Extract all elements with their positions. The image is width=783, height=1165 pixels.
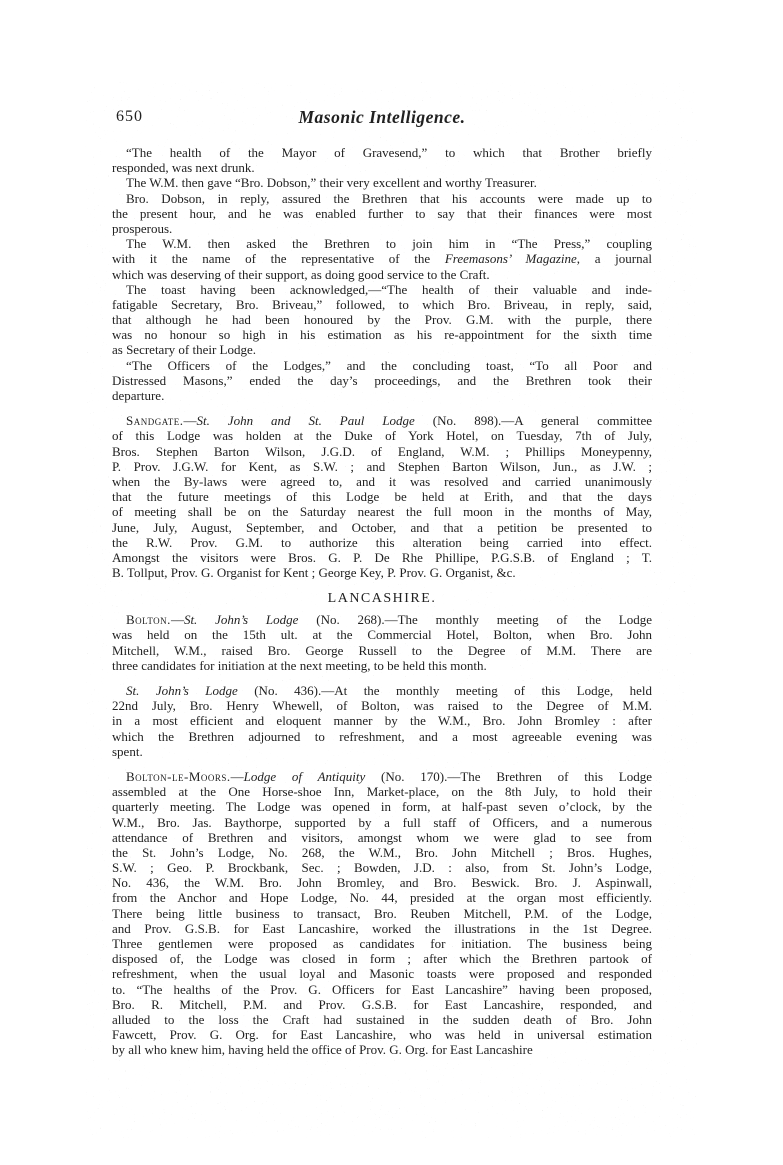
text-run: The W.M. then asked the Brethren to join…: [126, 236, 652, 251]
smallcaps-text: Sandgate.: [126, 413, 183, 428]
text-run: when the By-laws were agreed to, and it …: [112, 474, 652, 489]
text-run: (No. 268).—The monthly meeting of the Lo…: [298, 612, 652, 627]
text-run: responded, was next drunk.: [112, 160, 255, 175]
paragraph: Bro. Dobson, in reply, assured the Breth…: [112, 191, 652, 237]
page-body: “The health of the Mayor of Gravesend,” …: [112, 145, 652, 1058]
text-line: P. Prov. J.G.W. for Kent, as S.W. ; and …: [112, 459, 652, 474]
text-line: by all who knew him, having held the off…: [112, 1042, 652, 1057]
text-run: quarterly meeting. The Lodge was opened …: [112, 799, 652, 814]
text-run: “The health of the Mayor of Gravesend,” …: [126, 145, 652, 160]
text-run: departure.: [112, 388, 164, 403]
text-run: —: [183, 413, 196, 428]
text-run: attendance of Brethren and visitors, amo…: [112, 830, 652, 845]
text-line: B. Tollput, Prov. G. Organist for Kent ;…: [112, 565, 652, 580]
text-run: —: [231, 769, 244, 784]
paragraph: “The health of the Mayor of Gravesend,” …: [112, 145, 652, 175]
smallcaps-text: Bolton.: [126, 612, 171, 627]
text-run: was held on the 15th ult. at the Commerc…: [112, 627, 652, 642]
text-line: assembled at the One Horse-shoe Inn, Mar…: [112, 784, 652, 799]
text-run: in a most efficient and eloquent manner …: [112, 713, 652, 728]
text-run: from the Anchor and Hope Lodge, No. 44, …: [112, 890, 652, 905]
text-run: which was deserving of their support, as…: [112, 267, 490, 282]
text-run: of this Lodge was holden at the Duke of …: [112, 428, 652, 443]
text-line: There being little business to transact,…: [112, 906, 652, 921]
text-line: which was deserving of their support, as…: [112, 267, 652, 282]
text-run: three candidates for initiation at the n…: [112, 658, 487, 673]
paragraph: Sandgate.—St. John and St. Paul Lodge (N…: [112, 413, 652, 580]
text-run: There being little business to transact,…: [112, 906, 652, 921]
text-line: the R.W. Prov. G.M. to authorize this al…: [112, 535, 652, 550]
text-line: responded, was next drunk.: [112, 160, 652, 175]
text-line: prosperous.: [112, 221, 652, 236]
text-run: alluded to the loss the Craft had sustai…: [112, 1012, 652, 1027]
text-line: when the By-laws were agreed to, and it …: [112, 474, 652, 489]
text-line: The W.M. then gave “Bro. Dobson,” their …: [112, 175, 652, 190]
text-line: Bolton-le-Moors.—Lodge of Antiquity (No.…: [112, 769, 652, 784]
text-run: Bro. Dobson, in reply, assured the Breth…: [126, 191, 652, 206]
text-run: 22nd July, Bro. Henry Whewell, of Bolton…: [112, 698, 652, 713]
text-run: No. 436, the W.M. Bro. John Bromley, and…: [112, 875, 652, 890]
text-line: No. 436, the W.M. Bro. John Bromley, and…: [112, 875, 652, 890]
text-run: B. Tollput, Prov. G. Organist for Kent ;…: [112, 565, 516, 580]
smallcaps-text: Bolton-le-Moors.: [126, 769, 231, 784]
paragraph: The W.M. then gave “Bro. Dobson,” their …: [112, 175, 652, 190]
page-header: 650 Masonic Intelligence.: [112, 107, 652, 129]
text-line: and Prov. G.S.B. for East Lancashire, wo…: [112, 921, 652, 936]
text-run: P. Prov. J.G.W. for Kent, as S.W. ; and …: [112, 459, 652, 474]
text-run: Bros. Stephen Barton Wilson, J.G.D. of E…: [112, 444, 652, 459]
text-line: The W.M. then asked the Brethren to join…: [112, 236, 652, 251]
text-line: W.M., Bro. Jas. Baythorpe, supported by …: [112, 815, 652, 830]
text-run: refreshment, when the usual loyal and Ma…: [112, 966, 652, 981]
text-run: Three gentlemen were proposed as candida…: [112, 936, 652, 951]
text-run: (No. 898).—A general committee: [415, 413, 652, 428]
italic-text: Freemasons’ Magazine: [445, 251, 577, 266]
text-line: quarterly meeting. The Lodge was opened …: [112, 799, 652, 814]
text-run: Amongst the visitors were Bros. G. P. De…: [112, 550, 652, 565]
scanned-page: 650 Masonic Intelligence. “The health of…: [112, 107, 652, 1058]
text-line: “The health of the Mayor of Gravesend,” …: [112, 145, 652, 160]
text-run: with it the name of the representative o…: [112, 251, 445, 266]
text-line: Mitchell, W.M., raised Bro. George Russe…: [112, 643, 652, 658]
text-line: Three gentlemen were proposed as candida…: [112, 936, 652, 951]
text-line: Bros. Stephen Barton Wilson, J.G.D. of E…: [112, 444, 652, 459]
paragraph: The W.M. then asked the Brethren to join…: [112, 236, 652, 282]
text-line: spent.: [112, 744, 652, 759]
text-run: the St. John’s Lodge, No. 268, the W.M.,…: [112, 845, 652, 860]
paragraph: Bolton-le-Moors.—Lodge of Antiquity (No.…: [112, 769, 652, 1058]
text-line: as Secretary of their Lodge.: [112, 342, 652, 357]
text-run: of meeting shall be on the Saturday near…: [112, 504, 652, 519]
text-run: to. “The healths of the Prov. G. Officer…: [112, 982, 652, 997]
text-line: to. “The healths of the Prov. G. Officer…: [112, 982, 652, 997]
text-line: The toast having been acknowledged,—“The…: [112, 282, 652, 297]
text-line: of this Lodge was holden at the Duke of …: [112, 428, 652, 443]
text-line: disposed of, the Lodge was closed in for…: [112, 951, 652, 966]
text-line: June, July, August, September, and Octob…: [112, 520, 652, 535]
text-run: The W.M. then gave “Bro. Dobson,” their …: [126, 175, 537, 190]
paragraph: The toast having been acknowledged,—“The…: [112, 282, 652, 358]
text-run: —: [171, 612, 184, 627]
text-run: spent.: [112, 744, 143, 759]
text-run: prosperous.: [112, 221, 172, 236]
text-run: The toast having been acknowledged,—“The…: [126, 282, 652, 297]
text-line: was held on the 15th ult. at the Commerc…: [112, 627, 652, 642]
text-run: Bro. R. Mitchell, P.M. and Prov. G.S.B. …: [112, 997, 652, 1012]
italic-text: Lodge of Antiquity: [244, 769, 366, 784]
text-run: S.W. ; Geo. P. Brockbank, Sec. ; Bowden,…: [112, 860, 652, 875]
text-line: in a most efficient and eloquent manner …: [112, 713, 652, 728]
text-run: (No. 436).—At the monthly meeting of thi…: [238, 683, 652, 698]
text-line: that the future meetings of this Lodge b…: [112, 489, 652, 504]
italic-text: St. John’s Lodge: [126, 683, 238, 698]
italic-text: St. John and St. Paul Lodge: [196, 413, 414, 428]
text-run: as Secretary of their Lodge.: [112, 342, 256, 357]
text-line: Amongst the visitors were Bros. G. P. De…: [112, 550, 652, 565]
text-line: of meeting shall be on the Saturday near…: [112, 504, 652, 519]
text-run: , a journal: [577, 251, 652, 266]
text-line: departure.: [112, 388, 652, 403]
text-run: was no honour so high in his estimation …: [112, 327, 652, 342]
text-line: attendance of Brethren and visitors, amo…: [112, 830, 652, 845]
paragraph: St. John’s Lodge (No. 436).—At the month…: [112, 683, 652, 759]
text-line: which the Brethren adjourned to refreshm…: [112, 729, 652, 744]
text-run: which the Brethren adjourned to refreshm…: [112, 729, 652, 744]
text-line: that although he had been honoured by th…: [112, 312, 652, 327]
text-line: S.W. ; Geo. P. Brockbank, Sec. ; Bowden,…: [112, 860, 652, 875]
text-run: (No. 170).—The Brethren of this Lodge: [365, 769, 652, 784]
text-line: the St. John’s Lodge, No. 268, the W.M.,…: [112, 845, 652, 860]
text-line: Bro. Dobson, in reply, assured the Breth…: [112, 191, 652, 206]
italic-text: St. John’s Lodge: [184, 612, 298, 627]
text-run: “The Officers of the Lodges,” and the co…: [126, 358, 652, 373]
paragraph: “The Officers of the Lodges,” and the co…: [112, 358, 652, 404]
text-line: with it the name of the representative o…: [112, 251, 652, 266]
text-line: was no honour so high in his estimation …: [112, 327, 652, 342]
text-run: June, July, August, September, and Octob…: [112, 520, 652, 535]
paragraph: Bolton.—St. John’s Lodge (No. 268).—The …: [112, 612, 652, 673]
running-title: Masonic Intelligence.: [112, 107, 652, 128]
text-run: that although he had been honoured by th…: [112, 312, 652, 327]
text-run: Mitchell, W.M., raised Bro. George Russe…: [112, 643, 652, 658]
text-run: the present hour, and he was enabled fur…: [112, 206, 652, 221]
text-line: Bolton.—St. John’s Lodge (No. 268).—The …: [112, 612, 652, 627]
text-run: by all who knew him, having held the off…: [112, 1042, 533, 1057]
text-run: Fawcett, Prov. G. Org. for East Lancashi…: [112, 1027, 652, 1042]
text-run: Distressed Masons,” ended the day’s proc…: [112, 373, 652, 388]
text-run: W.M., Bro. Jas. Baythorpe, supported by …: [112, 815, 652, 830]
text-line: 22nd July, Bro. Henry Whewell, of Bolton…: [112, 698, 652, 713]
text-run: and Prov. G.S.B. for East Lancashire, wo…: [112, 921, 652, 936]
text-line: three candidates for initiation at the n…: [112, 658, 652, 673]
text-line: Fawcett, Prov. G. Org. for East Lancashi…: [112, 1027, 652, 1042]
text-line: refreshment, when the usual loyal and Ma…: [112, 966, 652, 981]
page-number: 650: [116, 108, 143, 126]
text-run: disposed of, the Lodge was closed in for…: [112, 951, 652, 966]
text-line: fatigable Secretary, Bro. Briveau,” foll…: [112, 297, 652, 312]
text-run: that the future meetings of this Lodge b…: [112, 489, 652, 504]
text-line: Distressed Masons,” ended the day’s proc…: [112, 373, 652, 388]
section-heading: LANCASHIRE.: [112, 591, 652, 607]
text-run: fatigable Secretary, Bro. Briveau,” foll…: [112, 297, 652, 312]
text-run: the R.W. Prov. G.M. to authorize this al…: [112, 535, 652, 550]
text-line: St. John’s Lodge (No. 436).—At the month…: [112, 683, 652, 698]
text-line: Sandgate.—St. John and St. Paul Lodge (N…: [112, 413, 652, 428]
text-line: from the Anchor and Hope Lodge, No. 44, …: [112, 890, 652, 905]
text-line: the present hour, and he was enabled fur…: [112, 206, 652, 221]
text-line: alluded to the loss the Craft had sustai…: [112, 1012, 652, 1027]
text-line: Bro. R. Mitchell, P.M. and Prov. G.S.B. …: [112, 997, 652, 1012]
text-run: assembled at the One Horse-shoe Inn, Mar…: [112, 784, 652, 799]
text-line: “The Officers of the Lodges,” and the co…: [112, 358, 652, 373]
